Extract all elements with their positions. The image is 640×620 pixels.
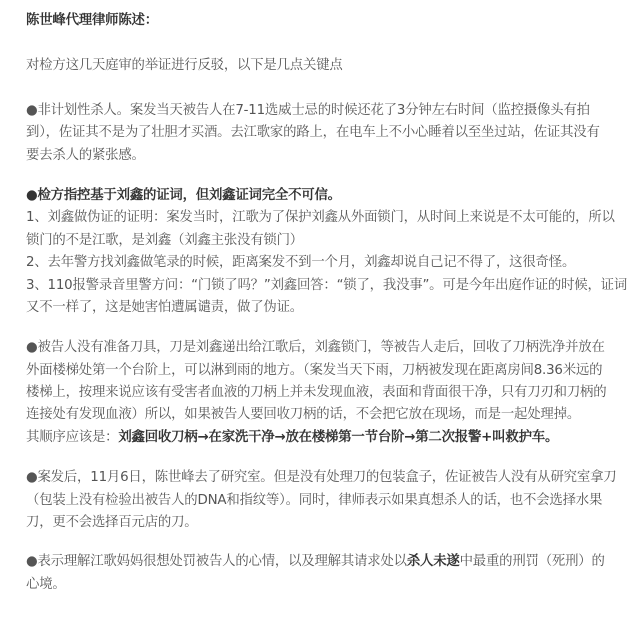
paragraph-line: ●被告人没有准备刀具，刀是刘鑫递出给江歌后，刘鑫锁门，等被告人走后，回收了刀柄洗… (26, 337, 626, 359)
paragraph-line: 3、110报警录音里警方问：“门锁了吗？”刘鑫回答：“锁了，我没事”。可是今年出… (26, 275, 626, 297)
sequence-line: 其顺序应该是：刘鑫回收刀柄→在家洗干净→放在楼梯第一节台阶→第二次报警+叫救护车… (26, 427, 626, 449)
text-before: ●表示理解江歌妈妈很想处罚被告人的心情，以及理解其请求处以 (26, 554, 407, 569)
paragraph-line: 心境。 (26, 574, 626, 596)
sequence-bold: 刘鑫回收刀柄→在家洗干净→放在楼梯第一节台阶→第二次报警+叫救护车。 (118, 430, 558, 445)
document-body: 陈世峰代理律师陈述： 对检方这几天庭审的举证进行反驳，以下是几点关键点 ●非计划… (26, 10, 626, 614)
paragraph-line: 要去杀人的紧张感。 (26, 145, 626, 167)
paragraph-knife-handle: ●被告人没有准备刀具，刀是刘鑫递出给江歌后，刘鑫锁门，等被告人走后，回收了刀柄洗… (26, 337, 626, 449)
paragraph-line: 1、刘鑫做伪证的证明：案发当时，江歌为了保护刘鑫从外面锁门，从时间上来说是不太可… (26, 207, 626, 229)
paragraph-line: 外面楼梯处第一个台阶上，可以淋到雨的地方。（案发当天下雨，刀柄被发现在距离房间8… (26, 360, 626, 382)
bold-term: 杀人未遂 (407, 554, 460, 569)
paragraph-heading: ●检方指控基于刘鑫的证词，但刘鑫证词完全不可信。 (26, 185, 626, 207)
paragraph-line: ●非计划性杀人。案发当天被告人在7-11选威士忌的时候还花了3分钟左右时间（监控… (26, 100, 626, 122)
paragraph-line: 到），佐证其不是为了壮胆才买酒。去江歌家的路上，在电车上不小心睡着以至坐过站，佐… (26, 122, 626, 144)
paragraph-non-premeditated: ●非计划性杀人。案发当天被告人在7-11选威士忌的时候还花了3分钟左右时间（监控… (26, 100, 626, 167)
document-title: 陈世峰代理律师陈述： (26, 10, 626, 32)
text-after: 中最重的刑罚（死刑）的 (460, 554, 605, 569)
paragraph-witness-credibility: ●检方指控基于刘鑫的证词，但刘鑫证词完全不可信。 1、刘鑫做伪证的证明：案发当时… (26, 185, 626, 319)
paragraph-lab-visit: ●案发后，11月6日，陈世峰去了研究室。但是没有处理刀的包装盒子，佐证被告人没有… (26, 467, 626, 534)
paragraph-line: （包装上没有检验出被告人的DNA和指纹等）。同时，律师表示如果真想杀人的话，也不… (26, 490, 626, 512)
paragraph-understanding: ●表示理解江歌妈妈很想处罚被告人的心情，以及理解其请求处以杀人未遂中最重的刑罚（… (26, 551, 626, 596)
paragraph-line: ●案发后，11月6日，陈世峰去了研究室。但是没有处理刀的包装盒子，佐证被告人没有… (26, 467, 626, 489)
sequence-prefix: 其顺序应该是： (26, 430, 118, 445)
paragraph-line: 刀，更不会选择百元店的刀。 (26, 512, 626, 534)
intro-text: 对检方这几天庭审的举证进行反驳，以下是几点关键点 (26, 55, 626, 77)
paragraph-line: 楼梯上，按理来说应该有受害者血液的刀柄上并未发现血液，表面和背面很干净，只有刀刃… (26, 382, 626, 404)
paragraph-line: 锁门的不是江歌，是刘鑫（刘鑫主张没有锁门） (26, 230, 626, 252)
paragraph-line: ●表示理解江歌妈妈很想处罚被告人的心情，以及理解其请求处以杀人未遂中最重的刑罚（… (26, 551, 626, 573)
paragraph-line: 又不一样了，这是她害怕遭属谴责，做了伪证。 (26, 297, 626, 319)
paragraph-line: 连接处有发现血液）所以，如果被告人要回收刀柄的话，不会把它放在现场，而是一起处理… (26, 404, 626, 426)
paragraph-line: 2、去年警方找刘鑫做笔录的时候，距离案发不到一个月，刘鑫却说自己记不得了，这很奇… (26, 252, 626, 274)
